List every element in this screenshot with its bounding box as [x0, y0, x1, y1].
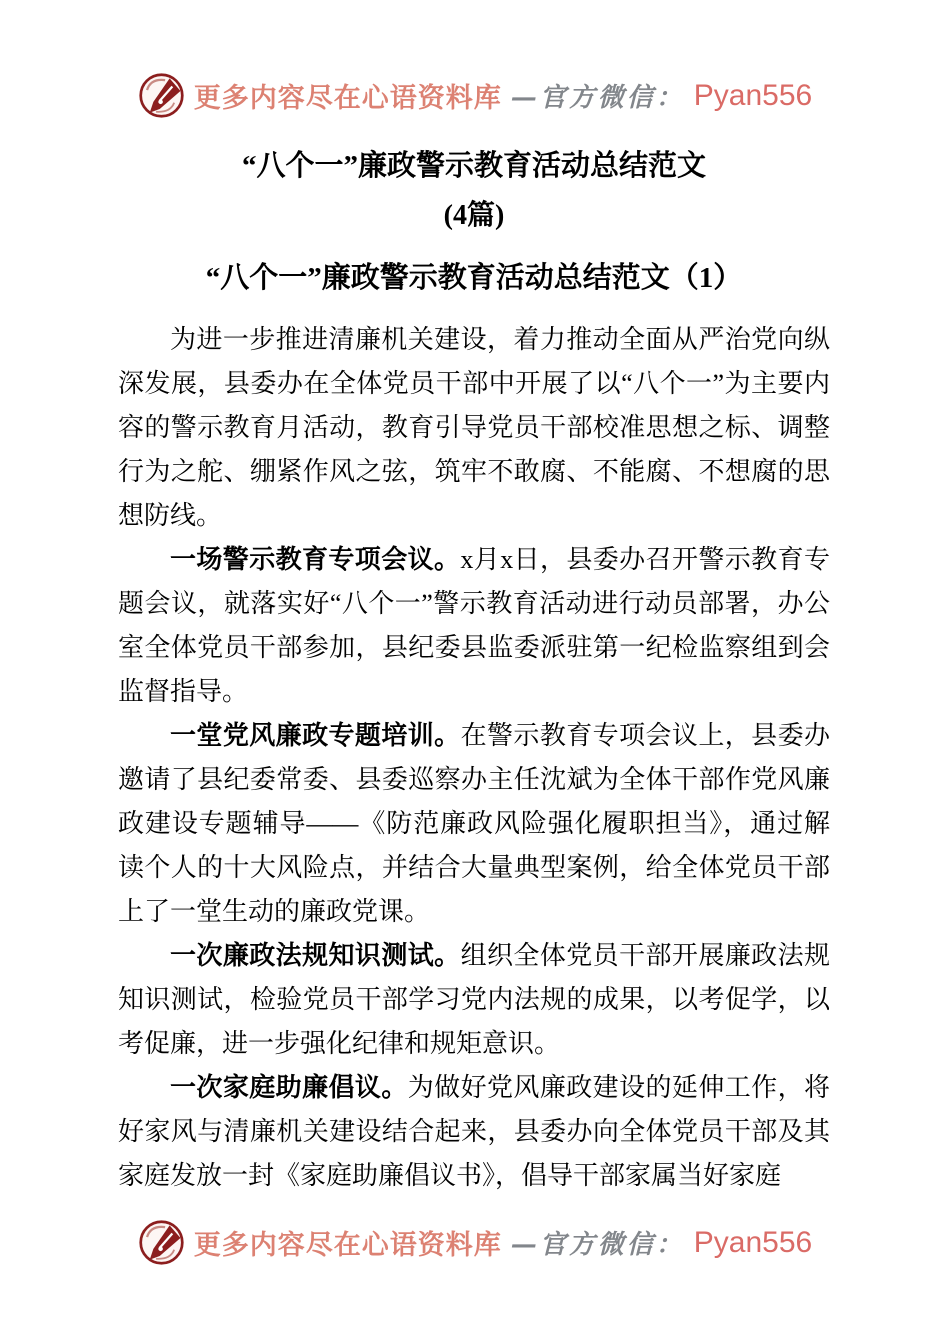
paragraph-lead: 一堂党风廉政专题培训。: [170, 721, 461, 750]
paragraph: 为进一步推进清廉机关建设，着力推动全面从严治党向纵深发展，县委办在全体党员干部中…: [118, 318, 830, 538]
paragraph-lead: 一次廉政法规知识测试。: [170, 941, 461, 970]
paragraph: 一次家庭助廉倡议。为做好党风廉政建设的延伸工作，将好家风与清廉机关建设结合起来，…: [118, 1066, 830, 1198]
watermark-main-text: 更多内容尽在心语资料库: [194, 76, 502, 115]
paragraph-text: 在警示教育专项会议上，县委办邀请了县纪委常委、县委巡察办主任沈斌为全体干部作党风…: [118, 721, 830, 926]
watermark-main-text: 更多内容尽在心语资料库: [194, 1223, 502, 1262]
pen-nib-logo-icon: [138, 72, 185, 119]
watermark-wechat-id: Pyan556: [694, 79, 812, 113]
watermark-wechat-label: —官方微信：: [511, 77, 685, 114]
paragraph: 一堂党风廉政专题培训。在警示教育专项会议上，县委办邀请了县纪委常委、县委巡察办主…: [118, 714, 830, 934]
header-watermark: 更多内容尽在心语资料库 —官方微信： Pyan556: [0, 72, 950, 119]
document-body: “八个一”廉政警示教育活动总结范文 (4篇) “八个一”廉政警示教育活动总结范文…: [0, 0, 950, 1198]
paragraph-lead: 一次家庭助廉倡议。: [170, 1073, 408, 1102]
paragraph: 一次廉政法规知识测试。组织全体党员干部开展廉政法规知识测试，检验党员干部学习党内…: [118, 934, 830, 1066]
paragraph-lead: 一场警示教育专项会议。: [170, 545, 460, 574]
paragraph: 一场警示教育专项会议。x月x日，县委办召开警示教育专题会议，就落实好“八个一”警…: [118, 538, 830, 714]
pen-nib-logo-icon: [138, 1219, 185, 1266]
page-subtitle: (4篇): [118, 200, 830, 232]
section-heading: “八个一”廉政警示教育活动总结范文（1）: [118, 262, 830, 295]
watermark-wechat-id: Pyan556: [694, 1226, 812, 1260]
article-content: 为进一步推进清廉机关建设，着力推动全面从严治党向纵深发展，县委办在全体党员干部中…: [118, 318, 830, 1198]
footer-watermark: 更多内容尽在心语资料库 —官方微信： Pyan556: [0, 1219, 950, 1266]
document-page: { "colors": { "watermark_main": "#dc8172…: [0, 0, 950, 1344]
paragraph-text: 为进一步推进清廉机关建设，着力推动全面从严治党向纵深发展，县委办在全体党员干部中…: [118, 325, 830, 530]
watermark-wechat-label: —官方微信：: [511, 1224, 685, 1261]
page-title: “八个一”廉政警示教育活动总结范文: [118, 150, 830, 183]
